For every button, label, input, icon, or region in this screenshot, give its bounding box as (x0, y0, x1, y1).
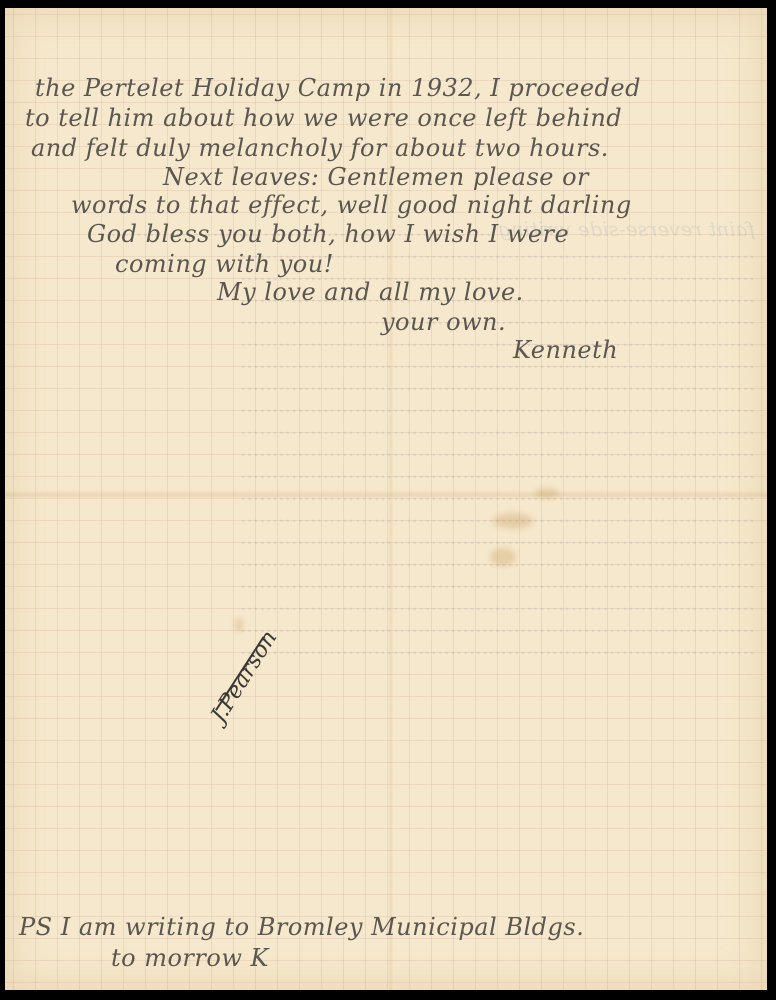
letter-closing-your-own: your own. (381, 308, 506, 336)
letter-signature-kenneth: Kenneth (513, 336, 618, 364)
letter-line-1: the Pertelet Holiday Camp in 1932, I pro… (35, 74, 641, 102)
letter-line-7: coming with you! (115, 250, 334, 278)
letter-page: faint reverse-side writing .............… (5, 8, 767, 990)
letter-line-5: words to that effect, well good night da… (71, 191, 632, 219)
letter-closing-love: My love and all my love. (217, 278, 524, 306)
postscript-line-2: to morrow K (111, 944, 269, 972)
letter-line-4: Next leaves: Gentlemen please or (163, 163, 589, 191)
letter-line-2: to tell him about how we were once left … (25, 104, 622, 132)
postscript-line-1: PS I am writing to Bromley Municipal Bld… (19, 913, 584, 941)
letter-line-6: God bless you both, how I wish I were (87, 220, 569, 248)
letter-line-3: and felt duly melancholy for about two h… (31, 134, 609, 162)
